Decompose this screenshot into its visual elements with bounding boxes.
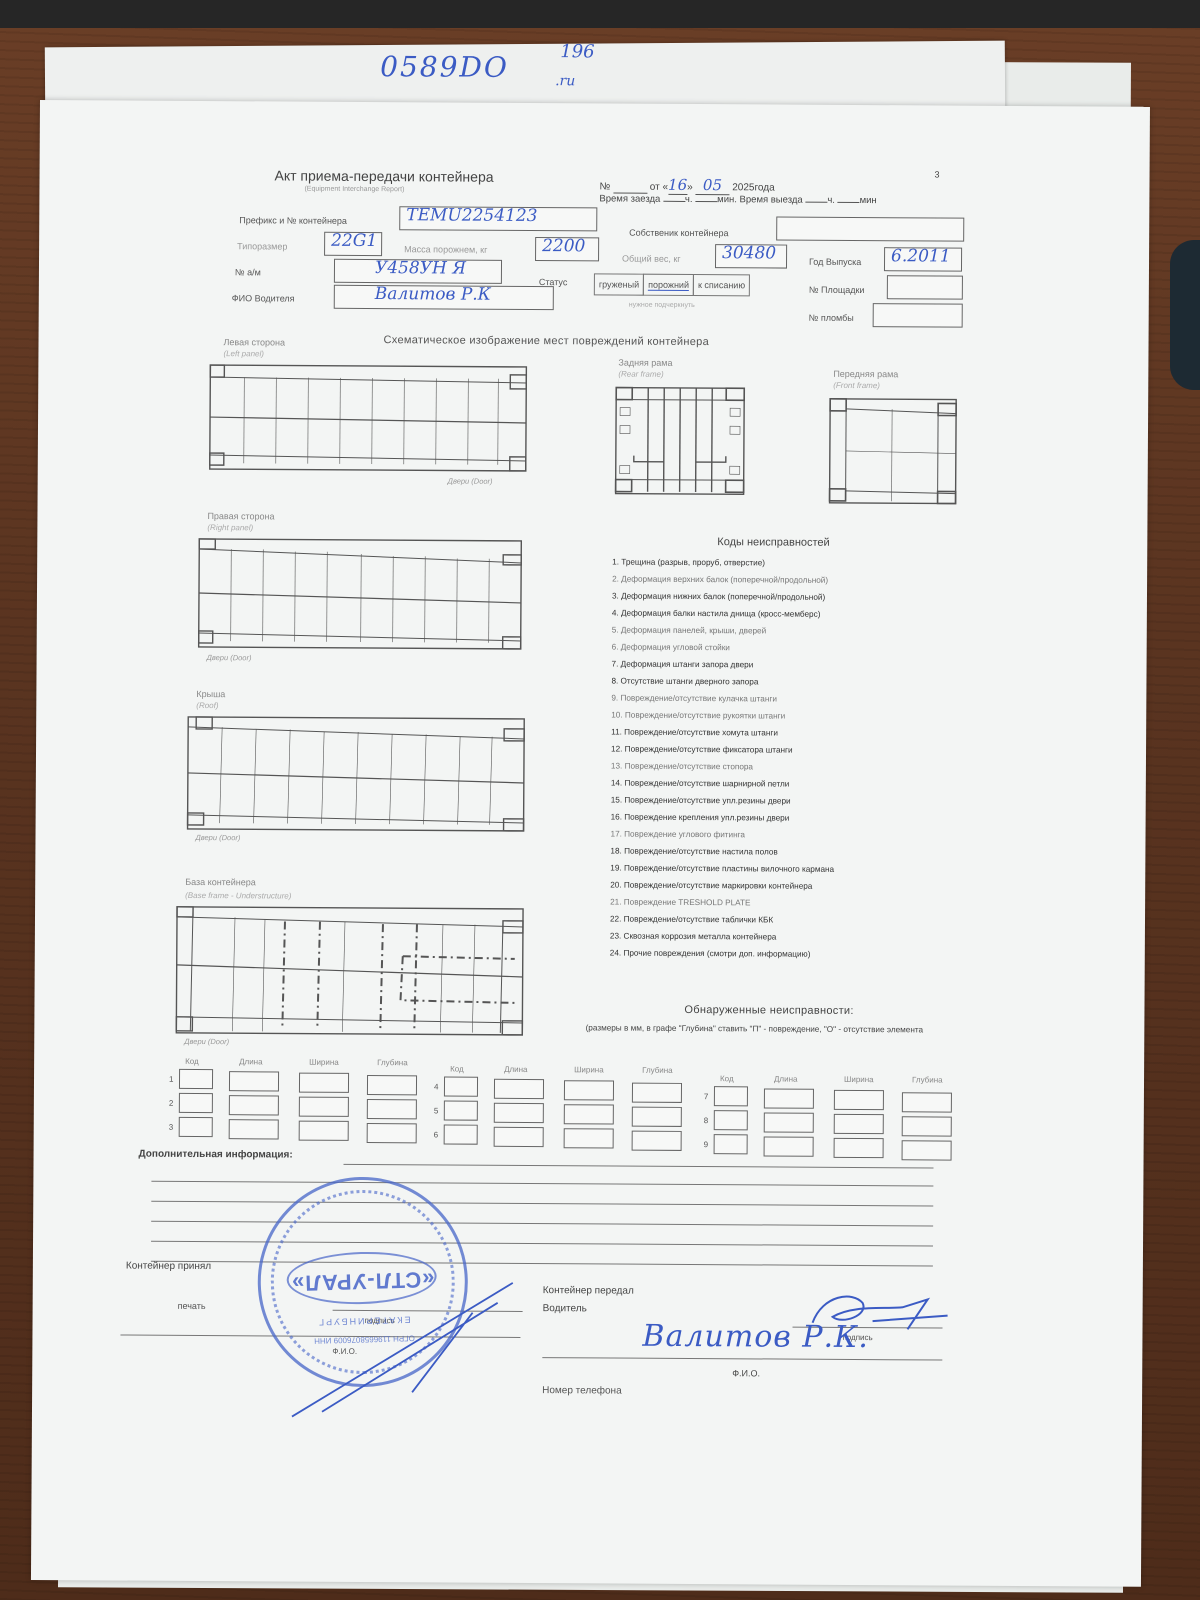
roof-label: Крыша [196, 689, 225, 699]
right-panel-door-label: Двери (Door) [207, 653, 252, 662]
departure-hours[interactable] [805, 202, 827, 203]
driver-label: ФИО Водителя [232, 293, 295, 303]
defect-code-field[interactable] [444, 1100, 478, 1120]
defect-row-number: 1 [169, 1075, 174, 1084]
roof-diagram[interactable] [186, 715, 527, 833]
handwritten-note-superscript: 196 [560, 41, 594, 62]
defect-column-header: Ширина [574, 1065, 604, 1074]
base-diagram[interactable] [174, 905, 525, 1037]
defect-column-header: Длина [504, 1065, 527, 1074]
rear-frame-diagram[interactable] [614, 386, 747, 497]
right-panel-label-en: (Right panel) [207, 523, 253, 532]
base-label: База контейнера [185, 877, 256, 887]
front-frame-label-en: (Front frame) [833, 381, 880, 390]
defect-width-field[interactable] [299, 1097, 349, 1117]
defect-code-field[interactable] [714, 1086, 748, 1106]
defect-row-number: 3 [169, 1123, 174, 1132]
date-day[interactable]: 16 [668, 176, 687, 195]
defect-code-field[interactable] [714, 1110, 748, 1130]
container-passed-label: Контейнер передал [543, 1285, 634, 1297]
dark-surface-edge [0, 0, 1200, 28]
driver-sign-label: Водитель [543, 1303, 587, 1314]
site-label: № Площадки [809, 285, 865, 295]
arrival-minutes[interactable] [695, 201, 717, 202]
seal-number-label: № пломбы [809, 313, 854, 323]
additional-info-line-4[interactable] [151, 1221, 933, 1227]
tare-field[interactable]: 2200 [535, 237, 599, 261]
additional-info-line-2[interactable] [151, 1181, 933, 1187]
defect-width-field[interactable] [564, 1104, 614, 1124]
fault-code-item: 4. Деформация балки настила днища (кросс… [612, 605, 942, 624]
left-panel-label: Левая сторона [223, 337, 285, 347]
defect-code-field[interactable] [179, 1117, 213, 1137]
left-panel-label-en: (Left panel) [223, 349, 264, 358]
fault-code-item: 8. Отсутствие штанги дверного запора [611, 673, 941, 692]
defect-depth-field[interactable] [367, 1123, 417, 1143]
container-prefix-field[interactable]: TEMU2254123 [399, 206, 597, 231]
site-field[interactable] [887, 275, 963, 299]
defect-length-field[interactable] [229, 1071, 279, 1091]
found-defects-note: (размеры в мм, в графе "Глубина" ставить… [544, 1021, 964, 1037]
fault-codes-list: 1. Трещина (разрыв, проруб, отверстие)2.… [610, 554, 942, 964]
date-month[interactable]: 05 [695, 176, 729, 195]
defect-row-number: 7 [704, 1092, 709, 1101]
defect-width-field[interactable] [299, 1121, 349, 1141]
fault-code-item: 19. Повреждение/отсутствие пластины вило… [610, 859, 940, 878]
size-type-field[interactable]: 22G1 [324, 232, 382, 256]
departure-minutes[interactable] [838, 202, 860, 203]
defect-depth-field[interactable] [902, 1092, 952, 1112]
defect-length-field[interactable] [764, 1088, 814, 1108]
fault-code-item: 18. Повреждение/отсутствие настила полов [610, 842, 940, 861]
fault-code-item: 23. Сквозная коррозия металла контейнера [610, 927, 940, 946]
driver-fio-label: Ф.И.О. [732, 1368, 760, 1378]
seal-label: печать [178, 1301, 206, 1311]
defect-width-field[interactable] [564, 1128, 614, 1148]
defect-depth-field[interactable] [367, 1099, 417, 1119]
front-frame-label: Передняя рама [833, 369, 898, 379]
rear-frame-label-en: (Rear frame) [618, 370, 663, 379]
fault-code-item: 11. Повреждение/отсутствие хомута штанги [611, 724, 941, 743]
stamp-signature-stroke [282, 1272, 523, 1423]
fault-code-item: 15. Повреждение/отсутствие упл.резины дв… [611, 791, 941, 810]
defect-depth-field[interactable] [367, 1075, 417, 1095]
status-hint: нужное подчеркнуть [629, 302, 695, 309]
additional-info-line-1[interactable] [344, 1164, 934, 1169]
phone-label: Номер телефона [542, 1385, 622, 1396]
defect-length-field[interactable] [229, 1095, 279, 1115]
defect-depth-field[interactable] [632, 1106, 682, 1126]
fault-code-item: 21. Повреждение TRESHOLD PLATE [610, 893, 940, 912]
rear-frame-label: Задняя рама [618, 358, 672, 368]
driver-fio-line[interactable] [542, 1357, 942, 1360]
fault-codes-title: Коды неисправностей [717, 536, 829, 549]
defect-column-header: Код [185, 1057, 199, 1066]
left-panel-door-label: Двери (Door) [448, 476, 493, 485]
fault-code-item: 1. Трещина (разрыв, проруб, отверстие) [612, 554, 942, 573]
status-label: Статус [539, 277, 568, 287]
additional-info-label: Дополнительная информация: [139, 1149, 293, 1161]
defect-code-field[interactable] [179, 1093, 213, 1113]
base-label-en: (Base frame - Understructure) [185, 891, 291, 901]
defect-row-number: 5 [434, 1106, 439, 1115]
fault-code-item: 2. Деформация верхних балок (поперечной/… [612, 571, 942, 590]
owner-label: Собственик контейнера [629, 228, 728, 239]
container-prefix-label: Префикс и № контейнера [239, 215, 347, 226]
defect-width-field[interactable] [834, 1090, 884, 1110]
front-frame-diagram[interactable] [828, 397, 959, 506]
seal-number-field[interactable] [873, 303, 963, 328]
defect-length-field[interactable] [494, 1078, 544, 1098]
fault-code-item: 6. Деформация угловой стойки [612, 639, 942, 658]
defect-column-header: Глубина [377, 1058, 408, 1067]
defect-length-field[interactable] [494, 1102, 544, 1122]
status-options: груженый порожний к списанию [594, 273, 749, 296]
defect-width-field[interactable] [299, 1073, 349, 1093]
defect-column-header: Ширина [844, 1075, 874, 1084]
fault-code-item: 12. Повреждение/отсутствие фиксатора шта… [611, 741, 941, 760]
gross-label: Общий вес, кг [622, 254, 681, 264]
defect-width-field[interactable] [564, 1080, 614, 1100]
defect-row-number: 8 [704, 1116, 709, 1125]
defect-code-field[interactable] [444, 1124, 478, 1144]
fault-code-item: 14. Повреждение/отсутствие шарнирной пет… [611, 774, 941, 793]
fault-code-item: 17. Повреждение углового фитинга [610, 825, 940, 844]
defect-depth-field[interactable] [632, 1082, 682, 1102]
defect-width-field[interactable] [834, 1114, 884, 1134]
defect-row-number: 6 [434, 1130, 439, 1139]
defect-length-field[interactable] [764, 1112, 814, 1132]
year-field[interactable]: 6.2011 [884, 247, 962, 271]
fault-code-item: 16. Повреждение крепления упл.резины две… [611, 808, 941, 827]
defect-column-header: Код [720, 1074, 734, 1083]
defect-length-field[interactable] [494, 1126, 544, 1146]
handwritten-note: 0589DO [380, 50, 509, 84]
left-panel-diagram[interactable] [208, 363, 529, 475]
schematic-title: Схематическое изображение мест поврежден… [384, 334, 710, 348]
right-panel-label: Правая сторона [207, 511, 274, 521]
defect-length-field[interactable] [764, 1136, 814, 1156]
form-title: Акт приема-передачи контейнера [274, 167, 493, 184]
found-defects-title: Обнаруженные неисправности: [684, 1004, 853, 1017]
date-year: 2025года [732, 182, 774, 193]
fault-code-item: 10. Повреждение/отсутствие рукоятки штан… [611, 707, 941, 726]
driver-name-handwritten: Валитов Р.К. [642, 1319, 869, 1355]
fault-code-item: 20. Повреждение/отсутствие маркировки ко… [610, 876, 940, 895]
fault-code-item: 7. Деформация штанги запора двери [612, 656, 942, 675]
arrival-hours[interactable] [663, 201, 685, 202]
fault-code-item: 22. Повреждение/отсутствие таблички КБК [610, 910, 940, 929]
additional-info-line-3[interactable] [151, 1201, 933, 1207]
act-number-line: № от «16» 05 2025года [599, 175, 774, 195]
defect-depth-field[interactable] [902, 1116, 952, 1136]
time-line: Время заезда ч. мин. Время выезда ч. мин [599, 193, 876, 206]
vehicle-field[interactable]: У458УН Я [334, 259, 502, 284]
form-subtitle: (Equipment Interchange Report) [304, 186, 404, 194]
defect-width-field[interactable] [834, 1138, 884, 1158]
container-accepted-label: Контейнер принял [126, 1261, 211, 1273]
defect-code-field[interactable] [714, 1134, 748, 1154]
defect-code-field[interactable] [179, 1069, 213, 1089]
defect-column-header: Длина [239, 1057, 262, 1066]
year-label: Год Выпуска [809, 257, 861, 267]
gross-field[interactable]: 30480 [715, 244, 787, 268]
defect-column-header: Код [450, 1065, 464, 1074]
fault-code-item: 3. Деформация нижних балок (поперечной/п… [612, 588, 942, 607]
page-number: 3 [935, 169, 940, 179]
phone-edge [1170, 240, 1200, 390]
roof-label-en: (Roof) [196, 701, 218, 710]
defect-depth-field[interactable] [632, 1130, 682, 1150]
act-number-field[interactable] [613, 182, 647, 194]
vehicle-label: № а/м [235, 267, 261, 277]
fault-code-item: 13. Повреждение/отсутствие стопора [611, 758, 941, 777]
roof-door-label: Двери (Door) [195, 833, 240, 842]
defect-row-number: 4 [434, 1082, 439, 1091]
container-interchange-form: 0589DO 196 .ru Акт приема-передачи конте… [31, 100, 1150, 1587]
defect-column-header: Глубина [912, 1075, 943, 1084]
fault-code-item: 5. Деформация панелей, крыши, дверей [612, 622, 942, 641]
defect-row-number: 2 [169, 1099, 174, 1108]
owner-field[interactable] [776, 216, 964, 241]
fault-code-item: 9. Повреждение/отсутствие кулачка штанги [611, 690, 941, 709]
status-option-loaded[interactable]: груженый [594, 273, 644, 295]
defect-row-number: 9 [704, 1140, 709, 1149]
defect-code-field[interactable] [444, 1076, 478, 1096]
driver-field[interactable]: Валитов Р.К [334, 285, 554, 310]
handwritten-note-subscript: .ru [555, 73, 575, 89]
defect-column-header: Глубина [642, 1066, 673, 1075]
status-option-empty[interactable]: порожний [643, 274, 694, 296]
right-panel-diagram[interactable] [197, 537, 524, 653]
size-type-label: Типоразмер [237, 241, 287, 251]
status-option-writeoff[interactable]: к списанию [693, 274, 750, 296]
defect-length-field[interactable] [229, 1119, 279, 1139]
defect-depth-field[interactable] [902, 1140, 952, 1160]
base-door-label: Двери (Door) [184, 1037, 229, 1046]
tare-label: Масса порожнем, кг [404, 244, 487, 255]
fault-code-item: 24. Прочие повреждения (смотри доп. инфо… [610, 944, 940, 963]
defect-column-header: Длина [774, 1075, 797, 1084]
defect-column-header: Ширина [309, 1058, 339, 1067]
